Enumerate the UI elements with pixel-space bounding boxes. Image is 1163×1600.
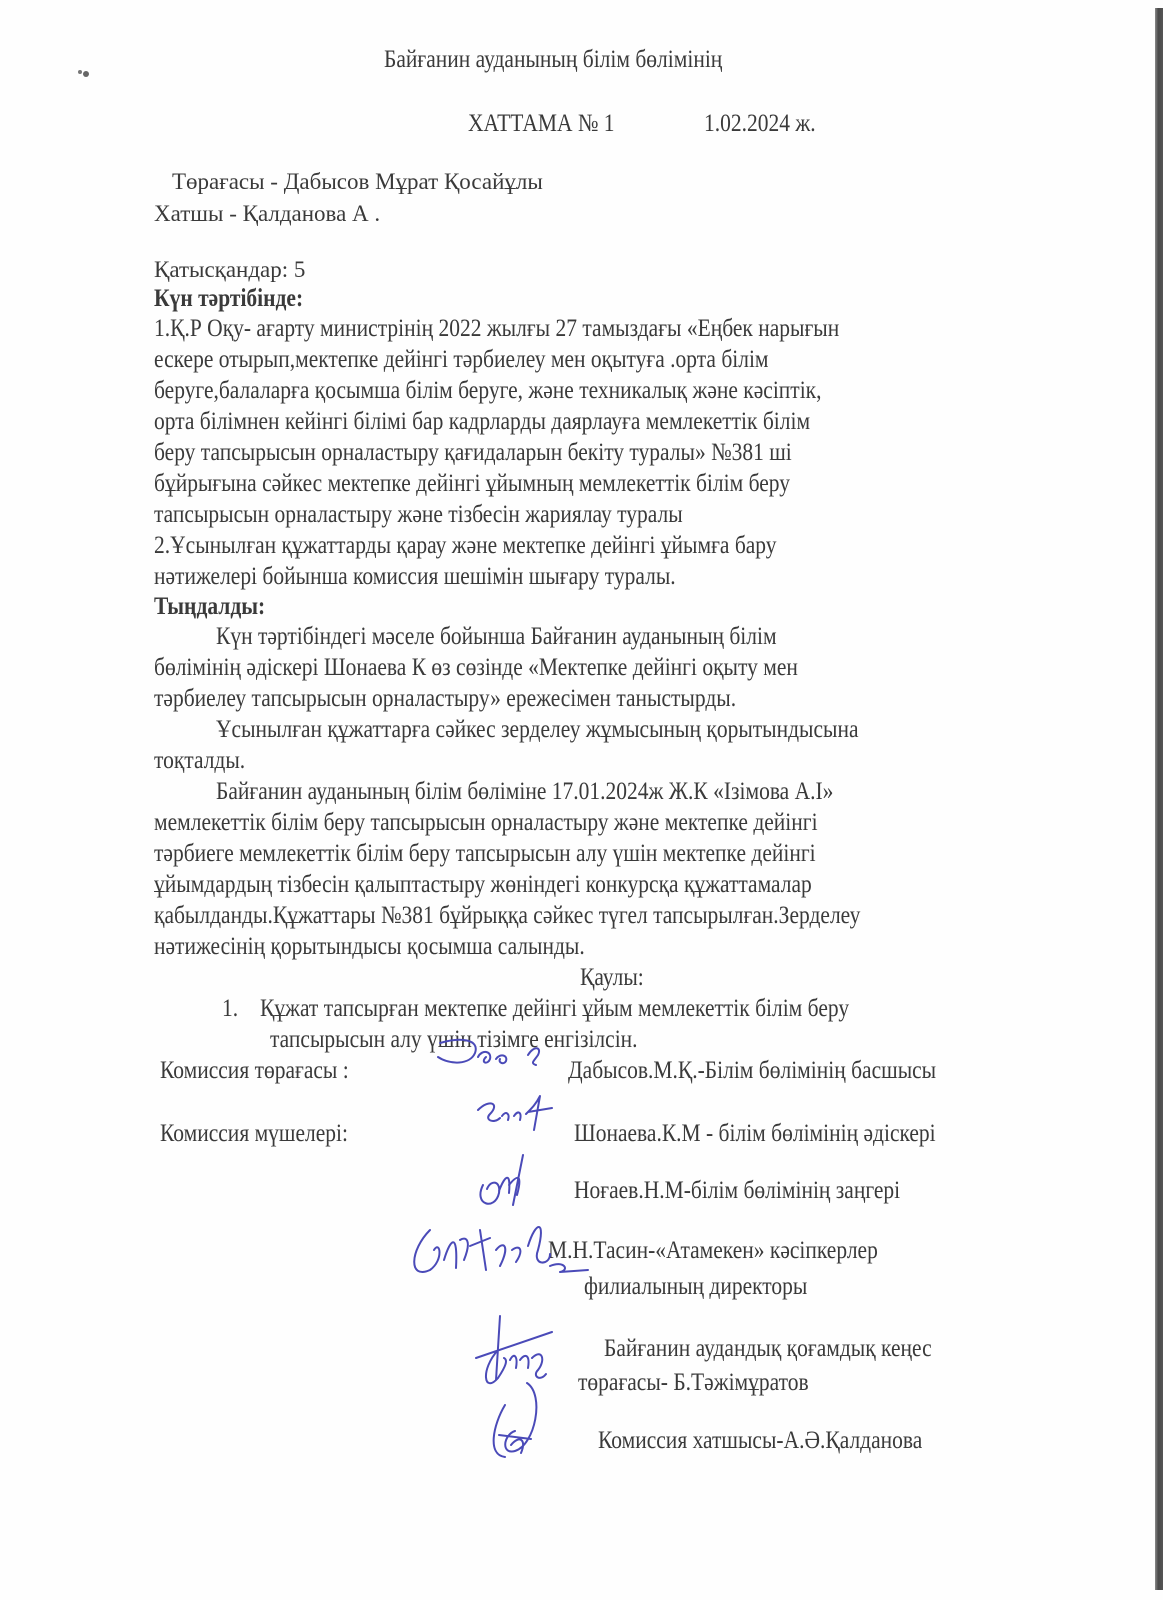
member-name: Шонаева.К.М - білім бөлімінің әдіскері <box>574 1120 936 1148</box>
organization-header: Байғанин ауданының білім бөлімінің <box>384 46 722 74</box>
agenda-line: тапсырысын орналастыру және тізбесін жар… <box>154 501 683 529</box>
scan-edge-shadow <box>1155 8 1163 1590</box>
agenda-line: 2.Ұсынылған құжаттарды қарау және мектеп… <box>154 532 777 560</box>
member-name: төрағасы- Б.Тәжімұратов <box>578 1369 809 1397</box>
member-name: Байғанин аудандық қоғамдық кеңес <box>604 1335 932 1363</box>
scan-speck-mark <box>77 68 91 78</box>
member-name: Ноғаев.Н.М-білім бөлімінің заңгері <box>574 1177 900 1205</box>
heard-line: Байғанин ауданының білім бөліміне 17.01.… <box>216 778 833 806</box>
signature-member-1-icon <box>470 1090 560 1150</box>
agenda-line: нәтижелері бойынша комиссия шешімін шыға… <box>154 563 676 591</box>
resolution-item-number: 1. <box>222 995 238 1023</box>
doc-date: 1.02.2024 ж. <box>704 110 816 138</box>
chair-signature-name: Дабысов.М.Қ.-Білім бөлімінің басшысы <box>568 1057 936 1085</box>
heard-line: қабылданды.Құжаттары №381 бұйрыққа сәйке… <box>154 902 860 930</box>
heard-line: нәтижесінің қорытындысы қосымша салынды. <box>154 933 585 961</box>
secretary-line: Хатшы - Қалданова А . <box>154 201 380 227</box>
member-name: Комиссия хатшысы-А.Ә.Қалданова <box>598 1427 922 1455</box>
heard-line: бөлімінің әдіскері Шонаева К өз сөзінде … <box>154 654 798 682</box>
signature-member-3-icon <box>400 1210 590 1290</box>
resolution-item-line: Құжат тапсырған мектепке дейінгі ұйым ме… <box>260 995 849 1023</box>
agenda-line: бұйрығына сәйкес мектепке дейінгі ұйымны… <box>154 470 790 498</box>
member-name: М.Н.Тасин-«Атамекен» кәсіпкерлер <box>548 1237 878 1265</box>
chair-line: Төрағасы - Дабысов Мұрат Қосайұлы <box>172 169 543 195</box>
signature-secretary-icon <box>475 1375 555 1465</box>
agenda-line: беру тапсырысын орналастыру қағидаларын … <box>154 439 792 467</box>
agenda-heading: Күн тәртібінде: <box>154 285 303 313</box>
scanned-page: Байғанин ауданының білім бөлімінің ХАТТА… <box>0 0 1163 1600</box>
signature-chair-icon <box>430 1035 570 1075</box>
member-name: филиалының директоры <box>584 1273 807 1301</box>
members-label: Комиссия мүшелері: <box>160 1120 348 1148</box>
heard-heading: Тыңдалды: <box>154 593 265 621</box>
chair-signature-label: Комиссия төрағасы : <box>160 1057 349 1085</box>
attendance-line: Қатысқандар: 5 <box>154 257 305 283</box>
heard-line: мемлекеттік білім беру тапсырысын орнала… <box>154 809 818 837</box>
signature-member-2-icon <box>465 1145 545 1215</box>
agenda-line: ескере отырып,мектепке дейінгі тәрбиелеу… <box>154 346 769 374</box>
heard-line: тоқталды. <box>154 747 245 775</box>
heard-line: ұйымдардың тізбесін қалыптастыру жөнінде… <box>154 871 812 899</box>
agenda-line: 1.Қ.Р Оқу- ағарту министрінің 2022 жылғы… <box>154 315 839 343</box>
agenda-line: беруге,балаларға қосымша білім беруге, ж… <box>154 377 822 405</box>
heard-line: тәрбиелеу тапсырысын орналастыру» ережес… <box>154 685 736 713</box>
heard-line: Күн тәртібіндегі мәселе бойынша Байғанин… <box>216 623 777 651</box>
resolution-heading: Қаулы: <box>580 964 644 992</box>
heard-line: Ұсынылған құжаттарға сәйкес зерделеу жұм… <box>216 716 859 744</box>
heard-line: тәрбиеге мемлекеттік білім беру тапсырыс… <box>154 840 816 868</box>
doc-title: ХАТТАМА № 1 <box>468 110 615 138</box>
agenda-line: орта білімнен кейінгі білімі бар кадрлар… <box>154 408 810 436</box>
